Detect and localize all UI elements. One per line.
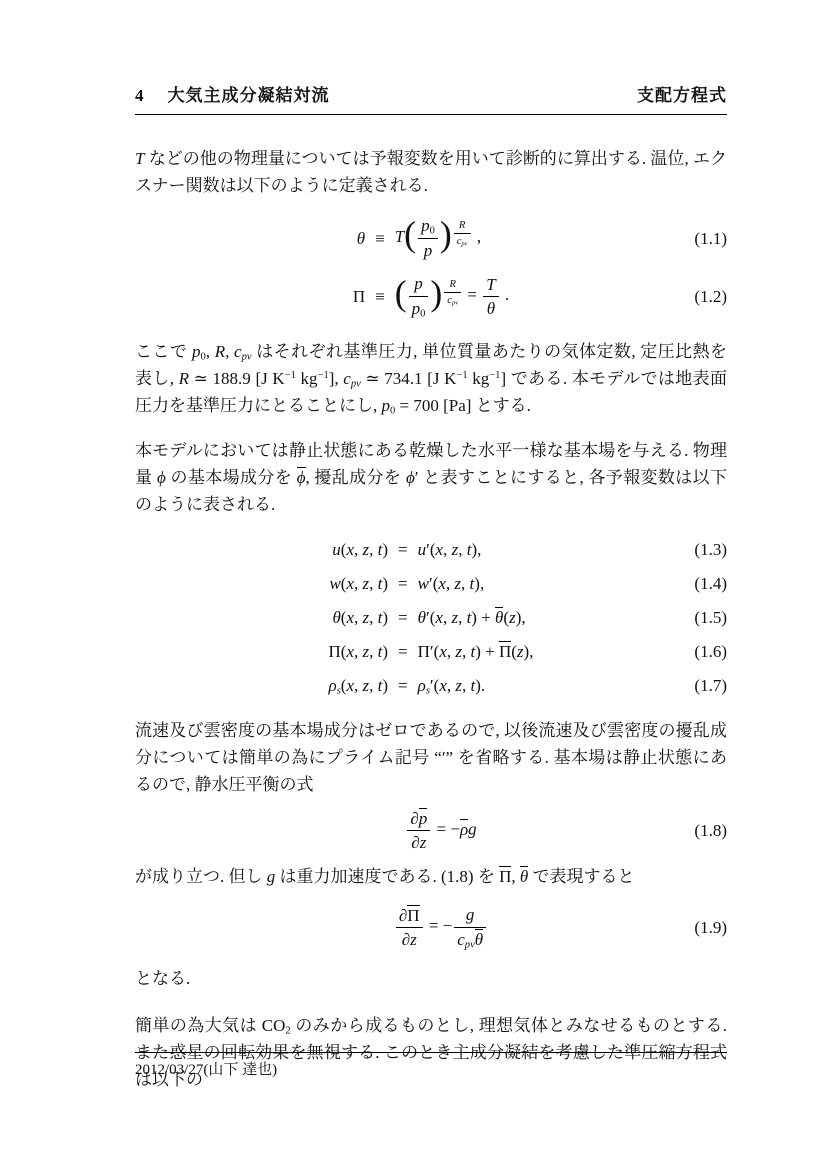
- math-variable: T: [395, 227, 404, 246]
- math-roman: ]: [500, 369, 506, 388]
- math-variable: z: [455, 676, 462, 695]
- math-roman: ′: [415, 468, 419, 487]
- fraction-denominator: θ: [483, 297, 498, 319]
- page-header: 4 大気主成分凝結対流 支配方程式: [135, 86, 727, 115]
- math-variable: ρ: [460, 820, 468, 839]
- superscript: Rcpv: [442, 287, 463, 298]
- document-page: 4 大気主成分凝結対流 支配方程式 T などの他の物理量については予報変数を用い…: [0, 0, 826, 1169]
- equation-lhs: Π(x, z, t): [329, 638, 389, 665]
- math-variable: x: [439, 676, 447, 695]
- subscript: 0: [420, 308, 425, 319]
- paragraph-prime-omission: 流速及び雲密度の基本場成分はゼロであるので, 以後流速及び雲密度の擾乱成分につい…: [135, 717, 727, 798]
- header-section-number: 4: [135, 86, 144, 106]
- overline: Π: [499, 866, 511, 886]
- math-roman: = −: [425, 916, 453, 935]
- fraction-denominator: cpvθ: [454, 928, 486, 951]
- math-roman: ]: [329, 369, 335, 388]
- math-variable: θ: [475, 930, 483, 949]
- math-variable: pv: [465, 939, 475, 950]
- fraction-denominator: p0: [409, 297, 429, 320]
- inline-math: CO2: [262, 1016, 291, 1035]
- equation-number: (1.7): [533, 672, 727, 699]
- math-variable: z: [517, 642, 524, 661]
- math-roman: ),: [474, 574, 484, 593]
- math-roman: ),: [524, 642, 534, 661]
- math-variable: z: [509, 608, 516, 627]
- subscript: pv: [452, 299, 458, 306]
- math-roman: ′(: [429, 574, 438, 593]
- fraction: ∂p∂z: [407, 808, 430, 854]
- overline: p: [419, 808, 428, 828]
- math-roman: 0: [420, 308, 425, 319]
- math-variable: p: [192, 342, 201, 361]
- math-roman: = 700 [Pa]: [395, 396, 471, 415]
- paragraph-intro-definitions: T などの他の物理量については予報変数を用いて診断的に算出する. 温位, エクス…: [135, 145, 727, 199]
- math-roman: ∂: [410, 809, 418, 828]
- math-variable: u: [332, 540, 341, 559]
- equation-lhs: ρs(x, z, t): [329, 672, 389, 699]
- math-roman: ),: [471, 540, 481, 559]
- fraction-numerator: T: [483, 274, 498, 297]
- fraction-denominator: cpv: [444, 293, 461, 307]
- math-roman: ,: [461, 574, 470, 593]
- superscript: −1: [318, 370, 329, 381]
- math-roman: Π′(: [418, 642, 440, 661]
- fraction-denominator: ∂z: [407, 831, 430, 853]
- math-roman: Π: [499, 642, 511, 661]
- math-roman: ,: [369, 540, 378, 559]
- math-variable: g: [267, 867, 276, 886]
- math-variable: θ: [487, 299, 495, 318]
- inline-math: Π, θ: [499, 867, 528, 886]
- inline-math: ϕ: [297, 468, 306, 487]
- subscript: pv: [351, 378, 361, 389]
- math-roman: ,: [225, 342, 234, 361]
- math-roman: ) +: [475, 642, 499, 661]
- math-roman: kg: [468, 369, 490, 388]
- equation-lhs: Π: [353, 283, 365, 310]
- math-roman: ,: [354, 608, 363, 627]
- math-variable: R: [449, 279, 455, 290]
- inline-math: R ≃ 188.9 [J K−1 kg−1]: [179, 369, 335, 388]
- equation-number: (1.9): [488, 914, 727, 941]
- math-variable: z: [455, 642, 462, 661]
- math-roman: ∂: [399, 906, 407, 925]
- math-variable: x: [435, 608, 443, 627]
- equation-lhs: u(x, z, t): [329, 536, 389, 563]
- math-variable: θ: [357, 229, 365, 248]
- math-roman: .: [501, 286, 510, 305]
- fraction-denominator: ∂z: [396, 928, 423, 950]
- superscript: −1: [285, 370, 296, 381]
- math-roman: ∂: [411, 833, 419, 852]
- fraction-numerator: g: [454, 904, 486, 927]
- math-variable: p: [421, 216, 430, 235]
- math-variable: x: [346, 574, 354, 593]
- math-variable: ϕ: [297, 468, 306, 487]
- fraction-numerator: p: [409, 273, 429, 296]
- math-roman: 2: [285, 1025, 290, 1036]
- equation-number: (1.1): [509, 225, 727, 252]
- math-roman: ).: [475, 676, 485, 695]
- math-variable: ϕ: [406, 468, 415, 487]
- fraction: Rcpv: [444, 278, 461, 307]
- math-roman: ,: [354, 642, 363, 661]
- equation-number: (1.6): [533, 638, 727, 665]
- math-roman: 0: [430, 226, 435, 237]
- header-section-title: 大気主成分凝結対流: [168, 86, 330, 106]
- fraction: p0p: [418, 215, 438, 261]
- fraction-numerator: R: [454, 219, 471, 234]
- math-roman: ,: [369, 676, 378, 695]
- equation-rhs: w′(x, z, t),: [418, 570, 534, 597]
- footer-date-author: 2012/03/27(山下 達也): [135, 1062, 277, 1078]
- equation-lhs: w(x, z, t): [329, 570, 389, 597]
- fraction-numerator: R: [444, 278, 461, 293]
- math-variable: z: [410, 930, 417, 949]
- math-roman: −1: [318, 370, 329, 381]
- fraction-numerator: ∂p: [407, 808, 430, 831]
- equation-exner-hydrostatic: ∂Π∂z = −gcpvθ(1.9): [135, 904, 727, 950]
- equation-number: (1.2): [509, 283, 727, 310]
- math-roman: Π(: [329, 642, 347, 661]
- superscript: Rcpv: [452, 228, 473, 239]
- math-roman: ,: [354, 574, 363, 593]
- math-variable: T: [135, 149, 144, 168]
- subscript: pv: [242, 351, 252, 362]
- math-roman: ,: [458, 540, 467, 559]
- equation-group-decomposition: u(x, z, t)=u′(x, z, t),(1.3)w(x, z, t)=w…: [135, 536, 727, 699]
- equation-rhs: θ′(x, z, t) + θ(z),: [418, 604, 534, 631]
- math-variable: θ: [520, 867, 528, 886]
- overline: ϕ: [297, 467, 306, 487]
- math-roman: ,: [354, 676, 363, 695]
- equation-relation: =: [388, 536, 418, 563]
- math-roman: −1: [489, 370, 500, 381]
- math-variable: g: [468, 820, 477, 839]
- inline-math: T: [135, 149, 144, 168]
- equation-rhs: u′(x, z, t),: [418, 536, 534, 563]
- overline: θ: [520, 866, 528, 886]
- equation-rhs: (pp0)Rcpv = Tθ .: [395, 273, 509, 319]
- math-variable: g: [466, 905, 475, 924]
- fraction-numerator: ∂Π: [396, 905, 423, 928]
- math-variable: x: [346, 540, 354, 559]
- math-variable: w: [329, 574, 340, 593]
- equation-relation: =: [388, 570, 418, 597]
- math-roman: ≃ 188.9 [J K: [189, 369, 285, 388]
- fraction: Tθ: [483, 274, 498, 320]
- math-roman: ∂: [402, 930, 410, 949]
- math-roman: ,: [511, 867, 520, 886]
- inline-math: g: [267, 867, 276, 886]
- math-roman: ,: [369, 642, 378, 661]
- math-roman: ,: [206, 342, 215, 361]
- math-variable: x: [346, 642, 354, 661]
- math-roman: ′(: [426, 540, 435, 559]
- math-variable: x: [439, 642, 447, 661]
- equation-number: (1.8): [477, 817, 727, 844]
- math-variable: R: [179, 369, 189, 388]
- inline-math: ϕ′: [406, 468, 419, 487]
- header-right-title: 支配方程式: [637, 86, 727, 106]
- paragraph-tonaru: となる.: [135, 965, 727, 992]
- math-variable: ρ: [418, 676, 426, 695]
- math-roman: −1: [456, 370, 467, 381]
- math-roman: ,: [369, 608, 378, 627]
- equation-relation: ≡: [365, 225, 395, 252]
- math-roman: Π: [353, 287, 365, 306]
- math-roman: Π: [499, 867, 511, 886]
- fraction-numerator: p0: [418, 215, 438, 239]
- math-variable: p: [382, 396, 391, 415]
- math-roman: ,: [443, 540, 452, 559]
- math-variable: z: [420, 833, 427, 852]
- math-variable: pv: [242, 351, 252, 362]
- equation-relation: =: [388, 638, 418, 665]
- fraction: gcpvθ: [454, 904, 486, 950]
- overline: ρ: [460, 819, 468, 839]
- equation-lhs: θ: [353, 225, 365, 252]
- equation-rhs: ∂Π∂z = −gcpvθ: [394, 904, 488, 950]
- math-variable: c: [343, 369, 351, 388]
- equation-hydrostatic-balance: ∂p∂z = −ρg(1.8): [135, 808, 727, 854]
- math-variable: x: [346, 676, 354, 695]
- inline-math: ϕ: [157, 468, 166, 487]
- subscript: pv: [461, 241, 467, 248]
- math-roman: ,: [458, 608, 467, 627]
- equation-lhs: θ(x, z, t): [329, 604, 389, 631]
- page-footer: 2012/03/27(山下 達也): [135, 1052, 727, 1080]
- math-roman: kg: [296, 369, 318, 388]
- paragraph-constants: ここで p0, R, cpv はそれぞれ基準圧力, 単位質量あたりの気体定数, …: [135, 338, 727, 419]
- math-variable: u: [418, 540, 427, 559]
- equation-rhs: ρs′(x, z, t).: [418, 672, 534, 699]
- equation-rhs: ∂p∂z = −ρg: [405, 808, 476, 854]
- overline: θ: [475, 929, 483, 949]
- math-variable: R: [215, 342, 225, 361]
- fraction: pp0: [409, 273, 429, 319]
- equation-group-potential-temp-exner: θ≡T(p0p)Rcpv ,(1.1)Π≡(pp0)Rcpv = Tθ .(1.…: [135, 215, 727, 320]
- math-variable: p: [412, 299, 421, 318]
- math-roman: Π: [407, 906, 419, 925]
- inline-math: cpv ≃ 734.1 [J K−1 kg−1]: [343, 369, 506, 388]
- math-roman: ≃ 734.1 [J K: [361, 369, 457, 388]
- math-roman: ,: [473, 227, 482, 246]
- equation-relation: ≡: [365, 283, 395, 310]
- equation-rhs: Π′(x, z, t) + Π(z),: [418, 638, 534, 665]
- superscript: −1: [456, 370, 467, 381]
- fraction: Rcpv: [454, 219, 471, 248]
- equation-rhs: T(p0p)Rcpv ,: [395, 215, 509, 261]
- equation-relation: =: [388, 604, 418, 631]
- subscript: pv: [465, 939, 475, 950]
- overline: Π: [499, 641, 511, 661]
- fraction-denominator: p: [418, 239, 438, 261]
- math-variable: p: [414, 274, 423, 293]
- math-roman: ) +: [471, 608, 495, 627]
- math-variable: w: [418, 574, 429, 593]
- math-variable: pv: [461, 241, 467, 248]
- inline-math: p0 = 700 [Pa]: [382, 396, 472, 415]
- math-variable: ρ: [329, 676, 337, 695]
- paragraph-gravity-note: が成り立つ. 但し g は重力加速度である. (1.8) を Π, θ で表現す…: [135, 863, 727, 890]
- math-variable: p: [419, 809, 428, 828]
- equation-number: (1.3): [533, 536, 727, 563]
- math-variable: x: [436, 540, 444, 559]
- fraction: ∂Π∂z: [396, 905, 423, 951]
- math-variable: x: [346, 608, 354, 627]
- equation-number: (1.5): [533, 604, 727, 631]
- math-variable: ϕ: [157, 468, 166, 487]
- math-roman: CO: [262, 1016, 286, 1035]
- math-roman: −1: [285, 370, 296, 381]
- math-roman: =: [463, 286, 481, 305]
- fraction-denominator: cpv: [454, 234, 471, 248]
- math-variable: x: [438, 574, 446, 593]
- math-roman: ′(: [430, 676, 439, 695]
- overline: Π: [407, 905, 419, 925]
- subscript: 0: [430, 226, 435, 237]
- math-roman: = −: [432, 820, 460, 839]
- math-variable: p: [424, 241, 433, 260]
- equation-number: (1.4): [533, 570, 727, 597]
- math-variable: pv: [351, 378, 361, 389]
- paragraph-basic-state: 本モデルにおいては静止状態にある乾燥した水平一様な基本場を与える. 物理量 ϕ …: [135, 437, 727, 518]
- math-roman: ′(: [426, 608, 435, 627]
- math-roman: ,: [354, 540, 363, 559]
- superscript: −1: [489, 370, 500, 381]
- math-roman: ),: [516, 608, 526, 627]
- math-variable: pv: [452, 299, 458, 306]
- math-variable: c: [234, 342, 242, 361]
- math-variable: θ: [418, 608, 426, 627]
- equation-relation: =: [388, 672, 418, 699]
- math-variable: R: [459, 220, 465, 231]
- inline-math: p0, R, cpv: [192, 342, 252, 361]
- math-variable: θ: [332, 608, 340, 627]
- math-variable: c: [457, 930, 465, 949]
- math-variable: T: [486, 275, 495, 294]
- subscript: 2: [285, 1025, 290, 1036]
- math-roman: ,: [369, 574, 378, 593]
